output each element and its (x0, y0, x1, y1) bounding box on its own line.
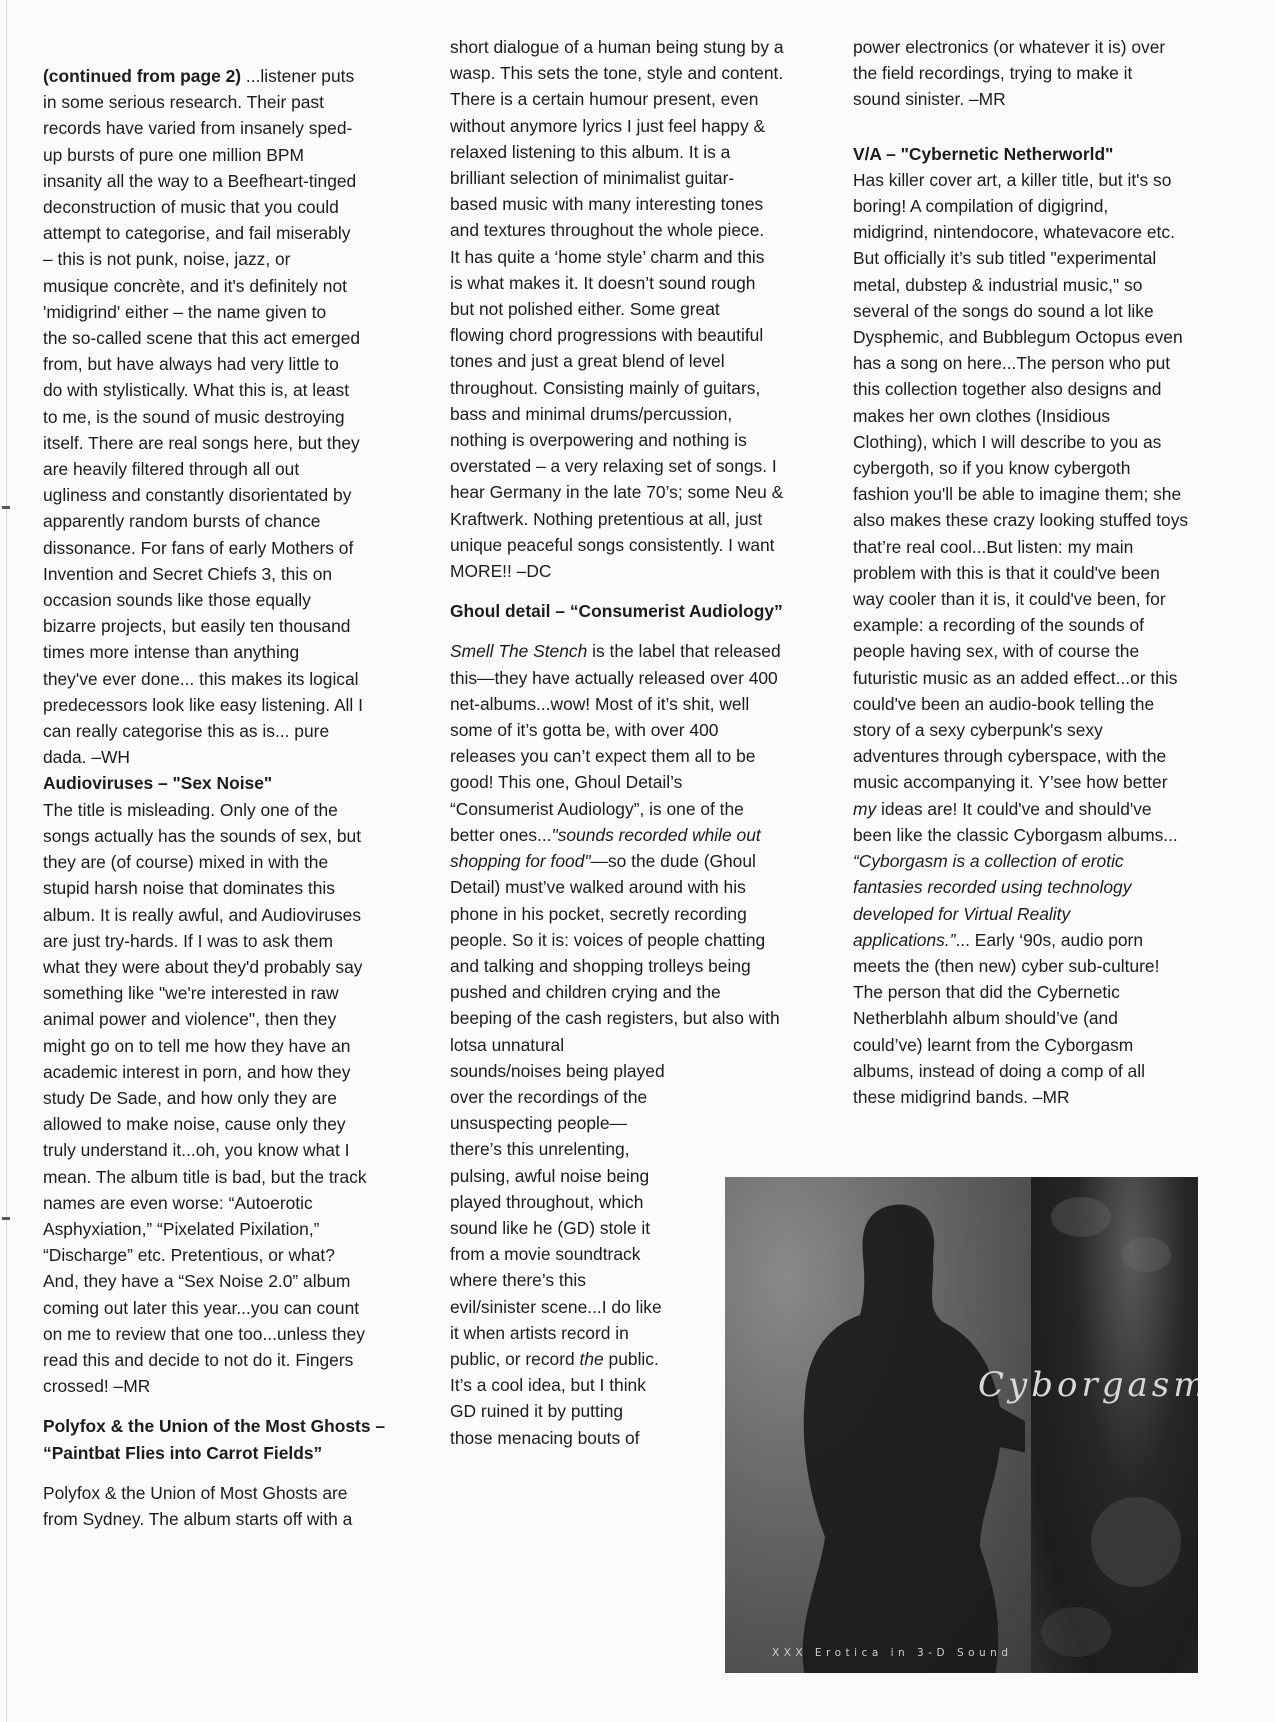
text-line: can really categorise this as is... pure (43, 718, 423, 744)
column-1: (continued from page 2) ...listener puts… (43, 63, 423, 1532)
quote-line: shopping for food"—so the dude (Ghoul (450, 848, 840, 874)
text-line: sounds/noises being played (450, 1058, 840, 1084)
my-ideas-line: my ideas are! It could've and should've (853, 796, 1253, 822)
text-line: cybergoth, so if you know cybergoth (853, 455, 1253, 481)
text-line: The title is misleading. Only one of the (43, 797, 423, 823)
text-line: Kraftwerk. Nothing pretentious at all, j… (450, 506, 840, 532)
text-line: times more intense than anything (43, 639, 423, 665)
text-line: stupid harsh noise that dominates this (43, 875, 423, 901)
text-line: there’s this unrelenting, (450, 1136, 840, 1162)
label-name: Smell The Stench (450, 641, 587, 661)
cover-title: Cyborgasm (978, 1365, 1198, 1405)
text-line: several of the songs do sound a lot like (853, 298, 1253, 324)
cover-subtitle: XXX Erotica in 3-D Sound (772, 1647, 1013, 1659)
text-line: Netherblahh album should’ve (and (853, 1005, 1253, 1031)
text-line: attempt to categorise, and fail miserabl… (43, 220, 423, 246)
text-line: in some serious research. Their past (43, 89, 423, 115)
text-line: names are even worse: “Autoerotic (43, 1190, 423, 1216)
text-line: pushed and children crying and the (450, 979, 840, 1005)
text-line: this—they have actually released over 40… (450, 665, 840, 691)
text-line: is what makes it. It doesn’t sound rough (450, 270, 840, 296)
text-line: predecessors look like easy listening. A… (43, 692, 423, 718)
text-line: from Sydney. The album starts off with a (43, 1506, 423, 1532)
text-line: There is a certain humour present, even (450, 86, 840, 112)
text-line: but not polished either. Some great (450, 296, 840, 322)
text-line: these midigrind bands. –MR (853, 1084, 1253, 1110)
text-line: study De Sade, and how only they are (43, 1085, 423, 1111)
text-line: tones and just a great blend of level (450, 348, 840, 374)
text-line: unsuspecting people— (450, 1110, 840, 1136)
review-heading-polyfox: Polyfox & the Union of the Most Ghosts –… (43, 1413, 423, 1465)
text-line: deconstruction of music that you could (43, 194, 423, 220)
text-line: brilliant selection of minimalist guitar… (450, 165, 840, 191)
text-line: releases you can’t expect them all to be (450, 743, 840, 769)
text-line: Invention and Secret Chiefs 3, this on (43, 561, 423, 587)
text-line: unique peaceful songs consistently. I wa… (450, 532, 840, 558)
text-line: It has quite a ‘home style’ charm and th… (450, 244, 840, 270)
text-line: Polyfox & the Union of the Most Ghosts – (43, 1413, 423, 1439)
cyborgasm-album-cover-image: Cyborgasm XXX Erotica in 3-D Sound (725, 1177, 1198, 1673)
text-line: problem with this is that it could've be… (853, 560, 1253, 586)
cover-right-panel (1031, 1177, 1198, 1673)
text-line: insanity all the way to a Beefheart-ting… (43, 168, 423, 194)
text-line: relaxed listening to this album. It is a (450, 139, 840, 165)
text-line: MORE!! –DC (450, 558, 840, 584)
applications-line: applications.”... Early ‘90s, audio porn (853, 927, 1253, 953)
continued-label: (continued from page 2) (43, 66, 241, 86)
text-line: meets the (then new) cyber sub-culture! (853, 953, 1253, 979)
text-line: lotsa unnatural (450, 1032, 840, 1058)
text-line: “Cyborgasm is a collection of erotic (853, 848, 1253, 874)
review-heading-ghoul-detail: Ghoul detail – “Consumerist Audiology” (450, 598, 840, 624)
text-line: they are (of course) mixed in with the (43, 849, 423, 875)
text-line: that’re real cool...But listen: my main (853, 534, 1253, 560)
text-line: metal, dubstep & industrial music," so (853, 272, 1253, 298)
review-body-polyfox: Polyfox & the Union of Most Ghosts arefr… (43, 1480, 423, 1532)
text-line: nothing is overpowering and nothing is (450, 427, 840, 453)
text-line: The person that did the Cybernetic (853, 979, 1253, 1005)
text-line: something like "we're interested in raw (43, 980, 423, 1006)
text-line: power electronics (or whatever it is) ov… (853, 34, 1253, 60)
text-line: some of it’s gotta be, with over 400 (450, 717, 840, 743)
column-3: power electronics (or whatever it is) ov… (853, 34, 1253, 1110)
text-line: flowing chord progressions with beautifu… (450, 322, 840, 348)
text-line: and talking and shopping trolleys being (450, 953, 840, 979)
text-line: short dialogue of a human being stung by… (450, 34, 840, 60)
text-line: overstated – a very relaxing set of song… (450, 453, 840, 479)
text-line: academic interest in porn, and how they (43, 1059, 423, 1085)
text-line: “Consumerist Audiology”, is one of the (450, 796, 840, 822)
text-line: – this is not punk, noise, jazz, or (43, 246, 423, 272)
text-line: read this and decide to not do it. Finge… (43, 1347, 423, 1373)
text-line: developed for Virtual Reality (853, 901, 1253, 927)
text-line: crossed! –MR (43, 1373, 423, 1399)
scan-edge-line (6, 0, 7, 1722)
text-line: makes her own clothes (Insidious (853, 403, 1253, 429)
text-line: over the recordings of the (450, 1084, 840, 1110)
text-line: truly understand it...oh, you know what … (43, 1137, 423, 1163)
text-line: net-albums...wow! Most of it’s shit, wel… (450, 691, 840, 717)
text-line: hear Germany in the late 70’s; some Neu … (450, 479, 840, 505)
text-line: without anymore lyrics I just feel happy… (450, 113, 840, 139)
text-line: “Discharge” etc. Pretentious, or what? (43, 1242, 423, 1268)
text-line: bizarre projects, but easily ten thousan… (43, 613, 423, 639)
text-line: up bursts of pure one million BPM (43, 142, 423, 168)
text-line: people. So it is: voices of people chatt… (450, 927, 840, 953)
review-heading-audioviruses: Audioviruses – "Sex Noise" (43, 770, 423, 796)
text-line: adventures through cyberspace, with the (853, 743, 1253, 769)
text-line: allowed to make noise, cause only they (43, 1111, 423, 1137)
text-line: could've been an audio-book telling the (853, 691, 1253, 717)
text-line: could’ve) learnt from the Cyborgasm (853, 1032, 1253, 1058)
continued-line: (continued from page 2) ...listener puts (43, 63, 423, 89)
review-body-cybernetic-netherworld: Has killer cover art, a killer title, bu… (853, 167, 1253, 796)
text-line: are heavily filtered through all out (43, 456, 423, 482)
text-line: way cooler than it is, it could've been,… (853, 586, 1253, 612)
text-line: beeping of the cash registers, but also … (450, 1005, 840, 1031)
text-line: are just try-hards. If I was to ask them (43, 928, 423, 954)
text-line: this collection together also designs an… (853, 376, 1253, 402)
text-line: Detail) must’ve walked around with his (450, 874, 840, 900)
text-line: mean. The album title is bad, but the tr… (43, 1164, 423, 1190)
text-line: bass and minimal drums/percussion, (450, 401, 840, 427)
text-line: from, but have always had very little to (43, 351, 423, 377)
review-body-cybernetic-netherworld-end: meets the (then new) cyber sub-culture!T… (853, 953, 1253, 1110)
review-body-audioviruses: The title is misleading. Only one of the… (43, 797, 423, 1400)
text-line: itself. There are real songs here, but t… (43, 430, 423, 456)
text-line: boring! A compilation of digigrind, (853, 193, 1253, 219)
text-line: apparently random bursts of chance (43, 508, 423, 534)
text-line: might go on to tell me how they have an (43, 1033, 423, 1059)
figure-silhouette (765, 1197, 1025, 1673)
text-line: animal power and violence", then they (43, 1006, 423, 1032)
magazine-page: (continued from page 2) ...listener puts… (0, 0, 1275, 1722)
text-line: to me, is the sound of music destroying (43, 404, 423, 430)
text-line: wasp. This sets the tone, style and cont… (450, 60, 840, 86)
text-line: the so-called scene that this act emerge… (43, 325, 423, 351)
text-line: the field recordings, trying to make it (853, 60, 1253, 86)
review-body-unknown-artist: in some serious research. Their pastreco… (43, 89, 423, 770)
text-line: on me to review that one too...unless th… (43, 1321, 423, 1347)
text-line: musique concrète, and it's definitely no… (43, 273, 423, 299)
review-body-ghoul-detail-tail: power electronics (or whatever it is) ov… (853, 34, 1253, 113)
text-line: music accompanying it. Y’see how better (853, 769, 1253, 795)
text-line: album. It is really awful, and Audioviru… (43, 902, 423, 928)
text-line: example: a recording of the sounds of (853, 612, 1253, 638)
text-line: sound sinister. –MR (853, 86, 1253, 112)
text-line: has a song on here...The person who put (853, 350, 1253, 376)
text-line: and textures throughout the whole piece. (450, 217, 840, 243)
cyborgasm-quote: “Cyborgasm is a collection of eroticfant… (853, 848, 1253, 927)
text-line: songs actually has the sounds of sex, bu… (43, 823, 423, 849)
text-line: phone in his pocket, secretly recording (450, 901, 840, 927)
text-line: do with stylistically. What this is, at … (43, 377, 423, 403)
review-body-polyfox-cont: short dialogue of a human being stung by… (450, 34, 840, 584)
text-line: people having sex, with of course the (853, 638, 1253, 664)
text-line: throughout. Consisting mainly of guitars… (450, 375, 840, 401)
text-line: story of a sexy cyberpunk's sexy (853, 717, 1253, 743)
text-line: ugliness and constantly disorientated by (43, 482, 423, 508)
text-line: Dysphemic, and Bubblegum Octopus even (853, 324, 1253, 350)
text-line: also makes these crazy looking stuffed t… (853, 507, 1253, 533)
scan-mark (2, 1217, 10, 1220)
text-line: Polyfox & the Union of Most Ghosts are (43, 1480, 423, 1506)
text-line: based music with many interesting tones (450, 191, 840, 217)
quote-line: better ones..."sounds recorded while out (450, 822, 840, 848)
text-line: midigrind, nintendocore, whatevacore etc… (853, 219, 1253, 245)
review-body-ghoul-detail: this—they have actually released over 40… (450, 665, 840, 822)
text-line: fantasies recorded using technology (853, 874, 1253, 900)
text-line: fashion you'll be able to imagine them; … (853, 481, 1253, 507)
text-line: Clothing), which I will describe to you … (853, 429, 1253, 455)
text-line: records have varied from insanely sped- (43, 115, 423, 141)
text-line: But officially it’s sub titled "experime… (853, 245, 1253, 271)
text-line: dada. –WH (43, 744, 423, 770)
text-line: coming out later this year...you can cou… (43, 1295, 423, 1321)
classic-line: been like the classic Cyborgasm albums..… (853, 822, 1253, 848)
text-line: Has killer cover art, a killer title, bu… (853, 167, 1253, 193)
text-line: good! This one, Ghoul Detail’s (450, 769, 840, 795)
text-line: futuristic music as an added effect...or… (853, 665, 1253, 691)
scan-mark (2, 506, 10, 509)
text-line: Asphyxiation,” “Pixelated Pixilation,” (43, 1216, 423, 1242)
text-line: dissonance. For fans of early Mothers of (43, 535, 423, 561)
label-line: Smell The Stench is the label that relea… (450, 638, 840, 664)
text-line: occasion sounds like those equally (43, 587, 423, 613)
text-line: 'midigrind' either – the name given to (43, 299, 423, 325)
text-line: “Paintbat Flies into Carrot Fields” (43, 1440, 423, 1466)
text-line: what they were about they'd probably say (43, 954, 423, 980)
text-line: And, they have a “Sex Noise 2.0” album (43, 1268, 423, 1294)
text-line: albums, instead of doing a comp of all (853, 1058, 1253, 1084)
text-line: they've ever done... this makes its logi… (43, 666, 423, 692)
review-heading-cybernetic-netherworld: V/A – "Cybernetic Netherworld" (853, 141, 1253, 167)
